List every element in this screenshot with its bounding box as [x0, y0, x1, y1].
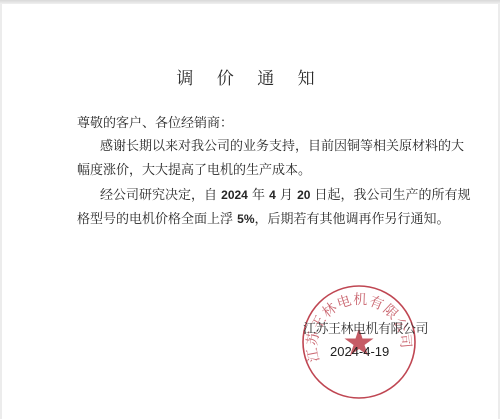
paragraph-1-line-1: 感谢长期以来对我公司的业务支持，目前因铜等相关原材料的大 — [100, 135, 460, 154]
signature-company: 江苏王林电机有限公司 — [303, 318, 428, 337]
p2-line2-suffix: ，后期若有其他调再作另行通知。 — [254, 212, 449, 227]
month-suffix: 月 — [276, 188, 297, 203]
document-title: 调 价 通 知 — [0, 64, 500, 89]
effective-day: 20 — [297, 188, 310, 202]
price-increase-percent: 5% — [237, 212, 254, 226]
effective-month: 4 — [269, 188, 276, 202]
p2-prefix: 经公司研究决定，自 — [100, 188, 221, 203]
effective-year: 2024 — [221, 188, 248, 202]
company-seal: 江苏王林电机有限公司 — [301, 284, 417, 400]
p2-line1-suffix: 日起，我公司生产的所有规 — [310, 188, 470, 203]
greeting: 尊敬的客户、各位经销商： — [77, 112, 437, 131]
paragraph-2-line-1: 经公司研究决定，自 2024 年 4 月 20 日起，我公司生产的所有规 — [100, 184, 460, 203]
signature-date: 2024-4-19 — [330, 344, 389, 359]
year-suffix: 年 — [248, 188, 269, 203]
paragraph-1-line-2: 幅度涨价，大大提高了电机的生产成本。 — [77, 159, 437, 178]
paragraph-2-line-2: 格型号的电机价格全面上浮 5%，后期若有其他调再作另行通知。 — [77, 208, 437, 227]
p2-line2-prefix: 格型号的电机价格全面上浮 — [77, 212, 237, 227]
